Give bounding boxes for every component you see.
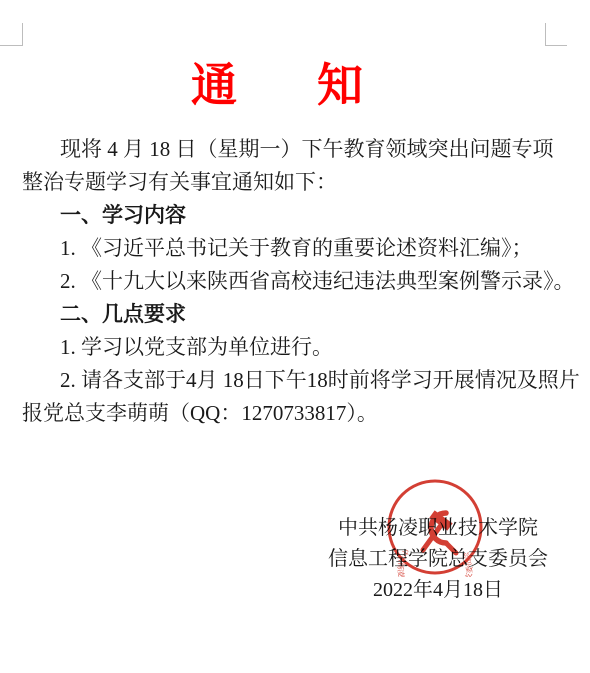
notice-body: 现将 4 月 18 日（星期一）下午教育领域突出问题专项 整治专题学习有关事宜通… [22, 133, 568, 430]
body-line-intro-2: 整治专题学习有关事宜通知如下： [22, 166, 568, 199]
body-line-requirement-2a: 2. 请各支部于4月 18日下午18时前将学习开展情况及照片 [22, 364, 568, 397]
body-heading-study-content: 一、学习内容 [22, 199, 568, 232]
document-page: 通 知 现将 4 月 18 日（星期一）下午教育领域突出问题专项 整治专题学习有… [0, 0, 590, 673]
body-heading-requirements: 二、几点要求 [22, 298, 568, 331]
title-char-first: 通 [191, 62, 237, 108]
notice-title: 通 知 [0, 62, 572, 108]
margin-mark-top-right [545, 23, 567, 46]
body-line-material-2: 2. 《十九大以来陕西省高校违纪违法典型案例警示录》。 [22, 265, 568, 298]
signature-date: 2022年4月18日 [311, 575, 565, 606]
body-line-requirement-1: 1. 学习以党支部为单位进行。 [22, 331, 568, 364]
signature-org-line-2: 信息工程学院总支委员会 [311, 544, 565, 575]
body-line-material-1: 1. 《习近平总书记关于教育的重要论述资料汇编》； [22, 232, 568, 265]
signature-block: 中共杨凌职业技术学院 信息工程学院总支委员会 2022年4月18日 [311, 513, 565, 606]
signature-org-line-1: 中共杨凌职业技术学院 [311, 513, 565, 544]
body-line-intro-1: 现将 4 月 18 日（星期一）下午教育领域突出问题专项 [22, 133, 568, 166]
title-char-second: 知 [317, 62, 363, 108]
body-line-requirement-2b: 报党总支李萌萌（QQ：1270733817）。 [22, 397, 568, 430]
margin-mark-top-left [0, 23, 23, 46]
